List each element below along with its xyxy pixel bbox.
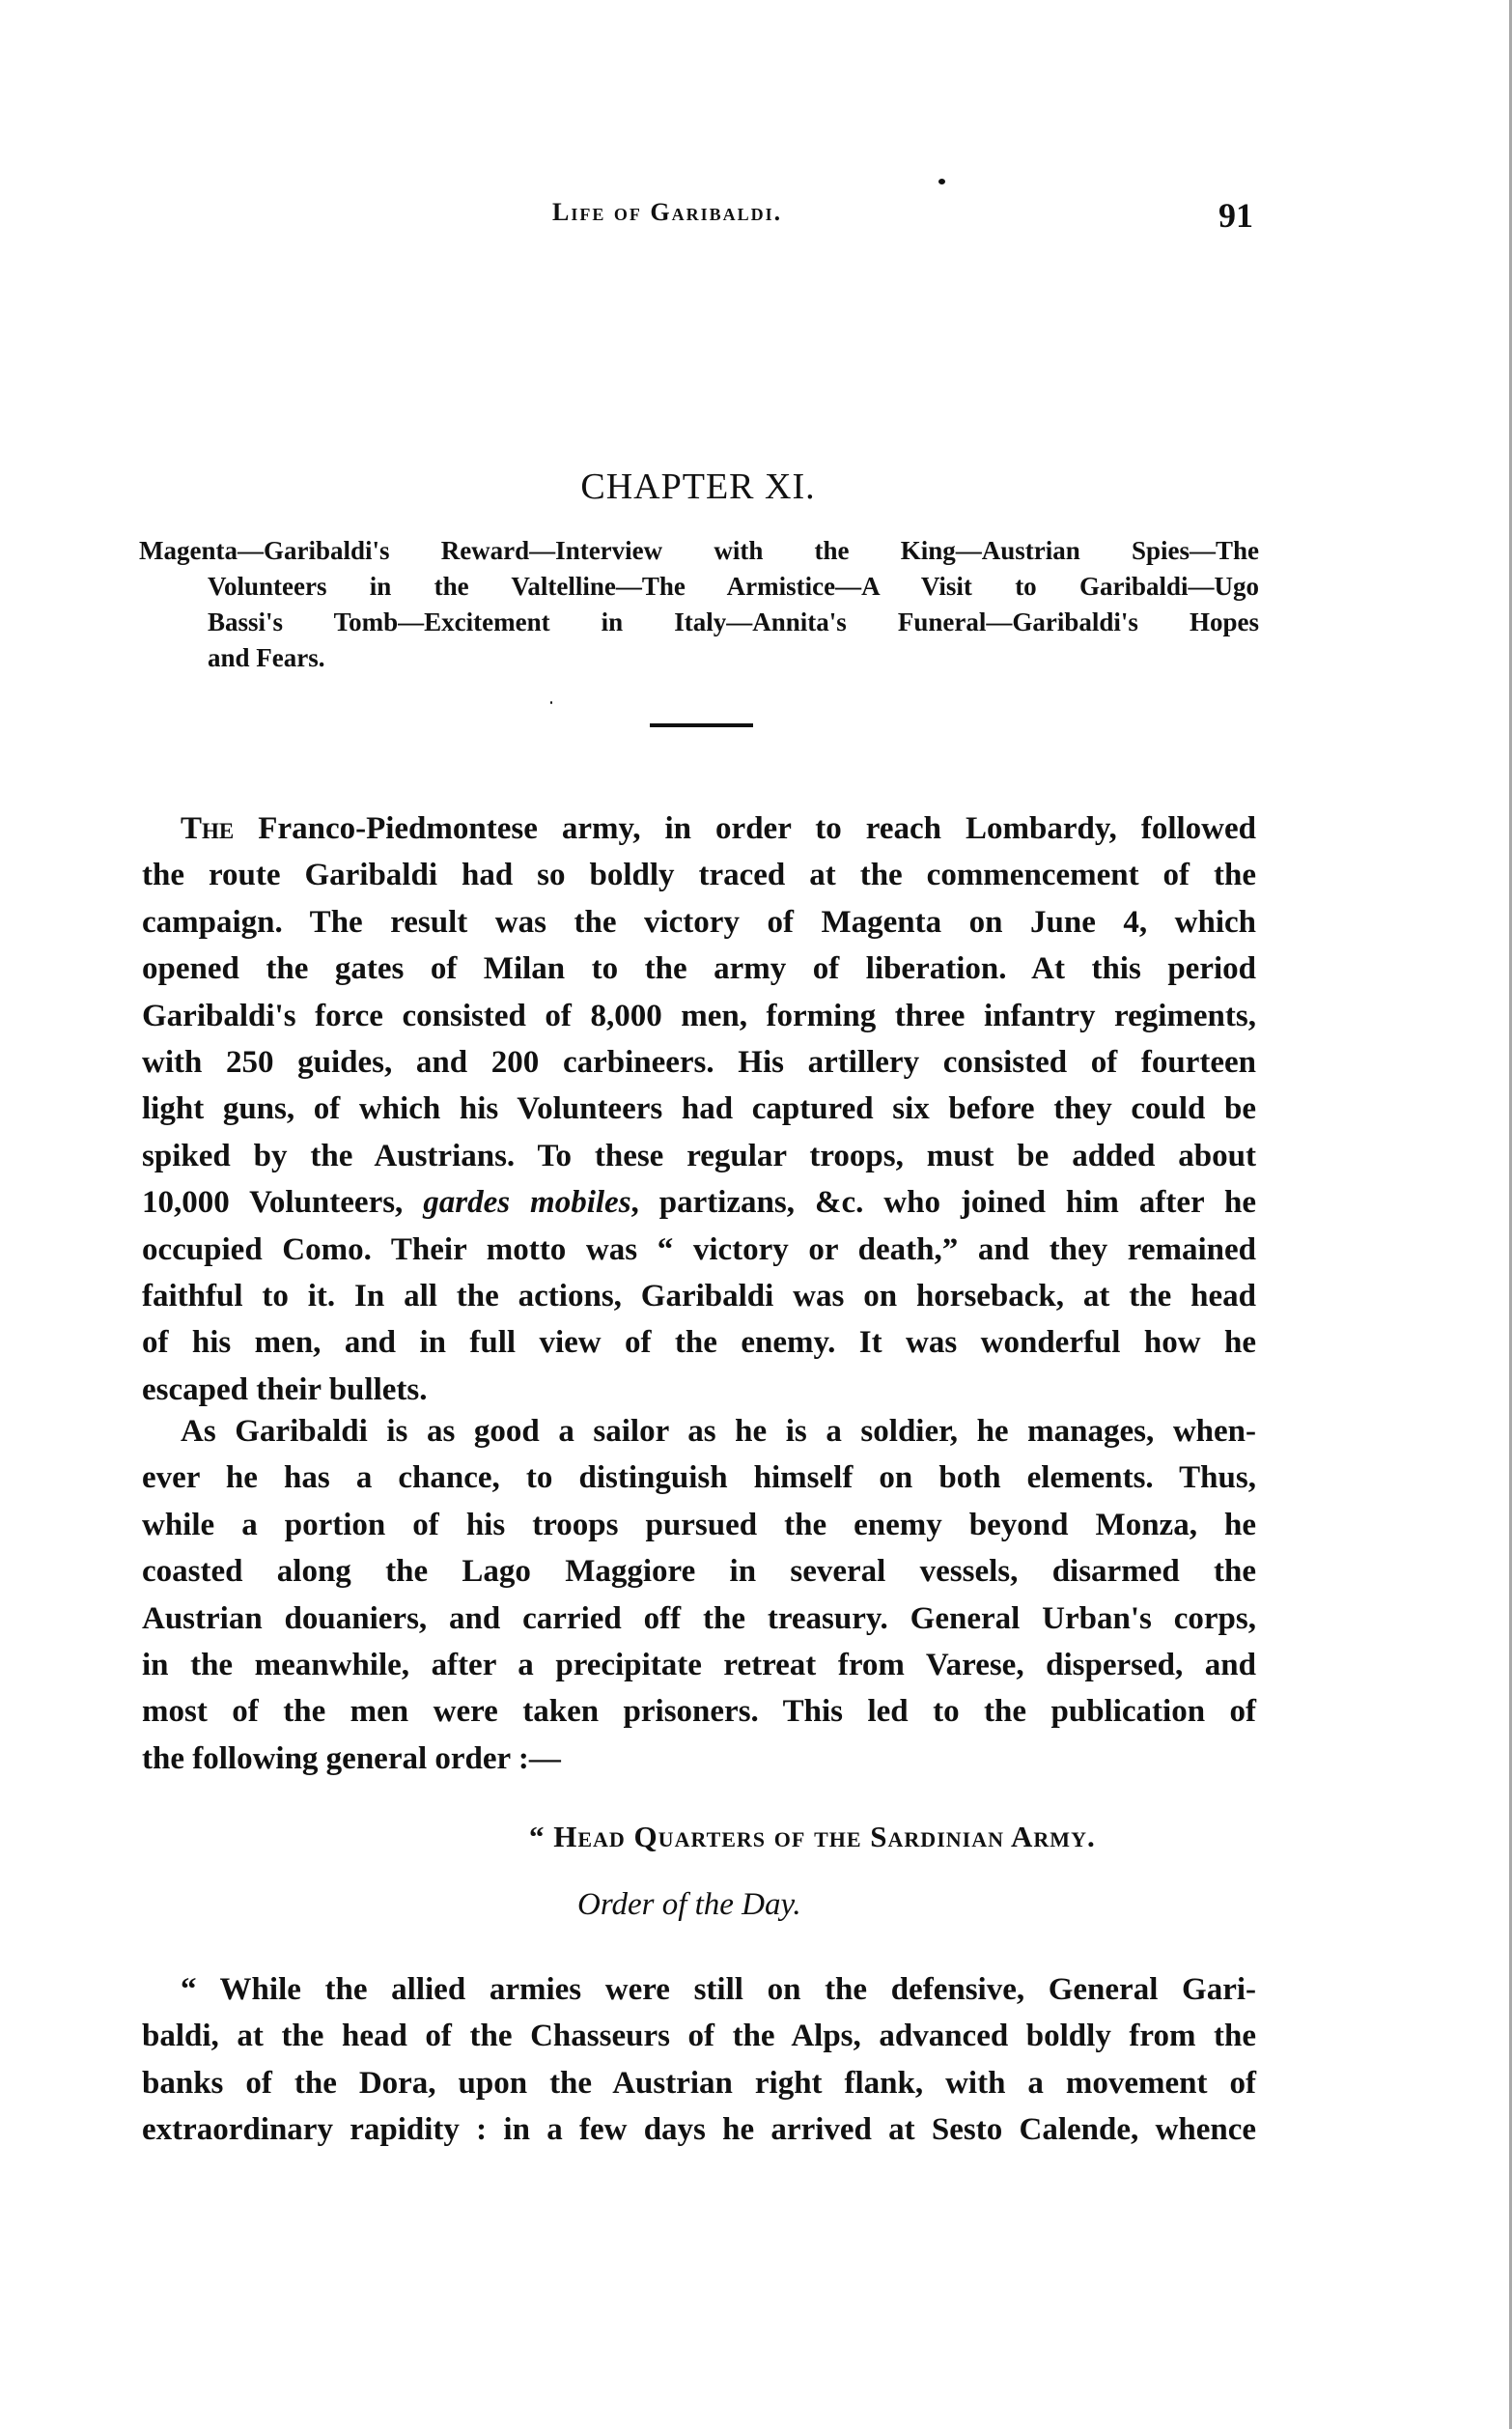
running-head: Life of Garibaldi.: [552, 198, 782, 227]
line-text: , partizans, &c. who joined him after he: [631, 1185, 1256, 1220]
paragraph-line: spiked by the Austrians. To these regula…: [142, 1133, 1256, 1179]
chapter-title: CHAPTER XI.: [0, 466, 1396, 508]
paragraph-1: The Franco-Piedmontese army, in order to…: [142, 805, 1256, 1413]
paragraph-line: Garibaldi's force consisted of 8,000 men…: [142, 993, 1256, 1039]
paragraph-line: most of the men were taken prisoners. Th…: [142, 1688, 1256, 1735]
paragraph-line: campaign. The result was the victory of …: [142, 899, 1256, 946]
paragraph-2: As Garibaldi is as good a sailor as he i…: [142, 1408, 1256, 1782]
paragraph-line: light guns, of which his Volunteers had …: [142, 1086, 1256, 1132]
paragraph-line: extraordinary rapidity : in a few days h…: [142, 2106, 1256, 2153]
summary-line: Volunteers in the Valtelline—The Armisti…: [139, 569, 1259, 605]
paragraph-line: ever he has a chance, to distinguish him…: [142, 1455, 1256, 1501]
paragraph-line: banks of the Dora, upon the Austrian rig…: [142, 2060, 1256, 2106]
section-divider: [650, 723, 753, 727]
paragraph-line: the following general order :—: [142, 1736, 1256, 1782]
italic-phrase: gardes mobiles: [423, 1185, 630, 1220]
lead-smallcaps: The: [181, 811, 234, 846]
paragraph-line: occupied Como. Their motto was “ victory…: [142, 1227, 1256, 1273]
paragraph-line: coasted along the Lago Maggiore in sever…: [142, 1548, 1256, 1595]
paragraph-line: The Franco-Piedmontese army, in order to…: [142, 805, 1256, 852]
paragraph-line: 10,000 Volunteers, gardes mobiles, parti…: [142, 1179, 1256, 1226]
summary-line: Bassi's Tomb—Excitement in Italy—Annita'…: [139, 605, 1259, 640]
paragraph-line: escaped their bullets.: [142, 1367, 1256, 1413]
line-text: Franco-Piedmontese army, in order to rea…: [234, 811, 1256, 846]
paragraph-line: in the meanwhile, after a precipitate re…: [142, 1642, 1256, 1688]
paragraph-line: baldi, at the head of the Chasseurs of t…: [142, 2013, 1256, 2059]
ink-speck: [550, 701, 552, 704]
paragraph-line: opened the gates of Milan to the army of…: [142, 946, 1256, 992]
paragraph-line: while a portion of his troops pursued th…: [142, 1502, 1256, 1548]
paragraph-line: faithful to it. In all the actions, Gari…: [142, 1273, 1256, 1319]
paragraph-line: Austrian douaniers, and carried off the …: [142, 1596, 1256, 1642]
summary-line: Magenta—Garibaldi's Reward—Interview wit…: [139, 533, 1259, 569]
chapter-summary: Magenta—Garibaldi's Reward—Interview wit…: [139, 533, 1259, 676]
summary-line: and Fears.: [139, 640, 1259, 676]
page-number: 91: [1218, 195, 1253, 236]
paragraph-line: the route Garibaldi had so boldly traced…: [142, 852, 1256, 898]
paragraph-line: “ While the allied armies were still on …: [142, 1966, 1256, 2013]
paragraph-line: with 250 guides, and 200 carbineers. His…: [142, 1039, 1256, 1086]
paragraph-line: As Garibaldi is as good a sailor as he i…: [142, 1408, 1256, 1455]
order-subheading: Order of the Day.: [577, 1887, 801, 1923]
paragraph-line: of his men, and in full view of the enem…: [142, 1319, 1256, 1366]
paragraph-3: “ While the allied armies were still on …: [142, 1966, 1256, 2154]
ink-speck: [938, 179, 945, 184]
line-text: 10,000 Volunteers,: [142, 1185, 423, 1220]
order-heading: “ Head Quarters of the Sardinian Army.: [529, 1820, 1096, 1854]
